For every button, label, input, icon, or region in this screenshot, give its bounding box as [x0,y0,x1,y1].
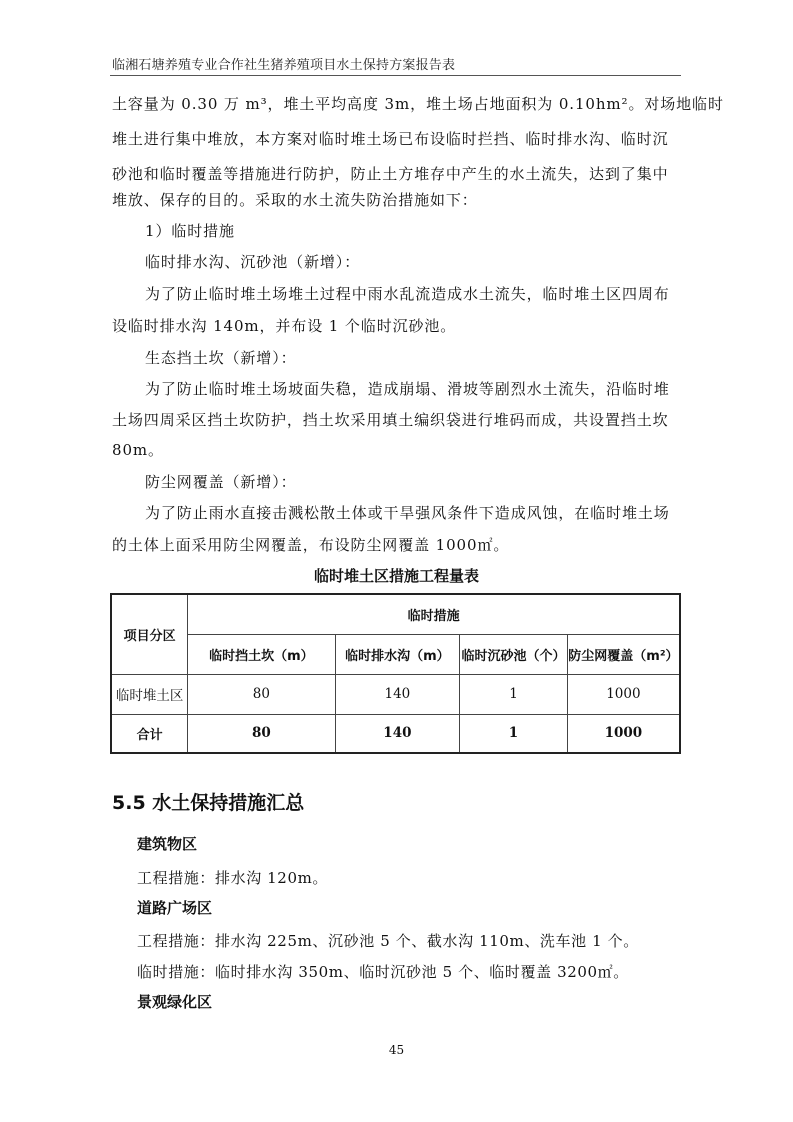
table-cell: 140 [335,674,460,714]
zone-title: 景观绿化区 [137,991,212,1012]
column-header: 临时排水沟（m） [335,634,460,674]
zone-title: 建筑物区 [137,833,197,854]
paragraph-line: 土容量为 0.30 万 m³，堆土平均高度 3m，堆土场占地面积为 0.10hm… [112,94,682,114]
row-label: 临时堆土区 [111,674,188,714]
table-row: 临时堆土区 80 140 1 1000 [111,674,680,714]
table-cell: 1 [460,674,568,714]
header-rule [110,75,681,76]
table-row-total: 合计 80 140 1 1000 [111,714,680,753]
zone-title: 道路广场区 [137,897,212,918]
paragraph-line: 砂池和临时覆盖等措施进行防护，防止土方堆存中产生的水土流失，达到了集中 [112,164,682,184]
running-header: 临湘石塘养殖专业合作社生猪养殖项目水土保持方案报告表 [112,54,455,73]
paragraph-line: 设临时排水沟 140m，并布设 1 个临时沉砂池。 [112,316,682,336]
paragraph-line: 的土体上面采用防尘网覆盖，布设防尘网覆盖 1000㎡。 [112,535,682,555]
subsection-title: 防尘网覆盖（新增）： [145,472,715,492]
page-number: 45 [0,1043,793,1057]
section-heading: 5.5 水土保持措施汇总 [112,788,304,815]
paragraph-line: 80m。 [112,440,682,460]
table-cell: 1 [460,714,568,753]
paragraph-line: 堆放、保存的目的。采取的水土流失防治措施如下： [112,190,682,210]
group-header: 临时措施 [188,594,680,634]
table-cell: 1000 [567,714,680,753]
paragraph-line: 土场四周采区挡土坎防护，挡土坎采用填土编织袋进行堆码而成，共设置挡土坎 [112,410,682,430]
table-caption: 临时堆土区措施工程量表 [0,565,793,586]
paragraph-line: 为了防止雨水直接击溅松散土体或干旱强风条件下造成风蚀，在临时堆土场 [145,503,715,523]
table-cell: 140 [335,714,460,753]
paragraph-line: 为了防止临时堆土场堆土过程中雨水乱流造成水土流失，临时堆土区四周布 [145,284,715,304]
zone-line: 临时措施：临时排水沟 350m、临时沉砂池 5 个、临时覆盖 3200㎡。 [137,961,629,982]
column-header: 防尘网覆盖（m²） [567,634,680,674]
row-label: 合计 [111,714,188,753]
zone-line: 工程措施：排水沟 225m、沉砂池 5 个、截水沟 110m、洗车池 1 个。 [137,930,639,951]
column-header: 临时沉砂池（个） [460,634,568,674]
column-header-zone: 项目分区 [111,594,188,674]
paragraph-line: 堆土进行集中堆放，本方案对临时堆土场已布设临时拦挡、临时排水沟、临时沉 [112,129,682,149]
table-cell: 1000 [567,674,680,714]
measures-table: 项目分区 临时措施 临时挡土坎（m） 临时排水沟（m） 临时沉砂池（个） 防尘网… [110,593,681,754]
table-cell: 80 [188,714,335,753]
list-item-heading: 1）临时措施 [145,221,715,241]
zone-line: 工程措施：排水沟 120m。 [137,867,328,888]
subsection-title: 临时排水沟、沉砂池（新增）： [145,252,715,272]
table-cell: 80 [188,674,335,714]
subsection-title: 生态挡土坎（新增）： [145,348,715,368]
column-header: 临时挡土坎（m） [188,634,335,674]
paragraph-line: 为了防止临时堆土场坡面失稳，造成崩塌、滑坡等剧烈水土流失，沿临时堆 [145,379,715,399]
